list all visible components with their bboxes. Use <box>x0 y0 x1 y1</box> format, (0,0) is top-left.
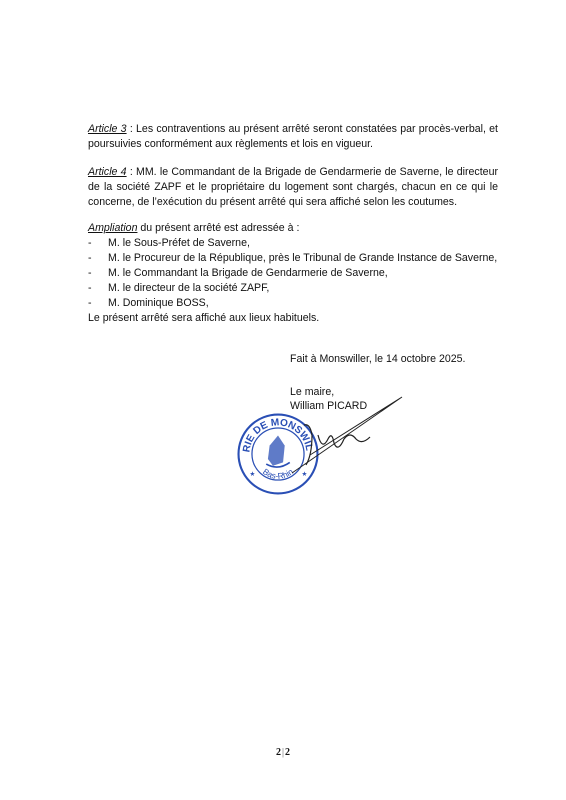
svg-text:★: ★ <box>249 470 255 478</box>
document-page: Article 3 : Les contraventions au présen… <box>0 0 566 800</box>
recipient-list: M. le Sous-Préfet de Saverne, M. le Proc… <box>88 236 498 311</box>
ampliation-label: Ampliation <box>88 222 137 234</box>
recipient-item: M. le Commandant la Brigade de Gendarmer… <box>88 266 498 281</box>
recipient-item: M. le Procureur de la République, près l… <box>88 251 498 266</box>
ampliation-intro: du présent arrêté est adressée à : <box>137 222 299 234</box>
article-3: Article 3 : Les contraventions au présen… <box>88 122 498 152</box>
recipient-item: M. le directeur de la société ZAPF, <box>88 281 498 296</box>
article-4-label: Article 4 <box>88 166 127 178</box>
article-4-text: MM. le Commandant de la Brigade de Genda… <box>88 166 498 208</box>
page-number: 2|2 <box>0 747 566 758</box>
place-date: Fait à Monswiller, le 14 octobre 2025. <box>290 352 465 366</box>
article-3-label: Article 3 <box>88 123 127 135</box>
recipient-item: M. Dominique BOSS, <box>88 296 498 311</box>
closing-text: Le présent arrêté sera affiché aux lieux… <box>88 311 498 326</box>
recipient-item: M. le Sous-Préfet de Saverne, <box>88 236 498 251</box>
signature-icon <box>290 395 410 475</box>
ampliation-section: Ampliation du présent arrêté est adressé… <box>88 221 498 326</box>
article-3-text: Les contraventions au présent arrêté ser… <box>88 123 498 150</box>
article-4: Article 4 : MM. le Commandant de la Brig… <box>88 165 498 210</box>
